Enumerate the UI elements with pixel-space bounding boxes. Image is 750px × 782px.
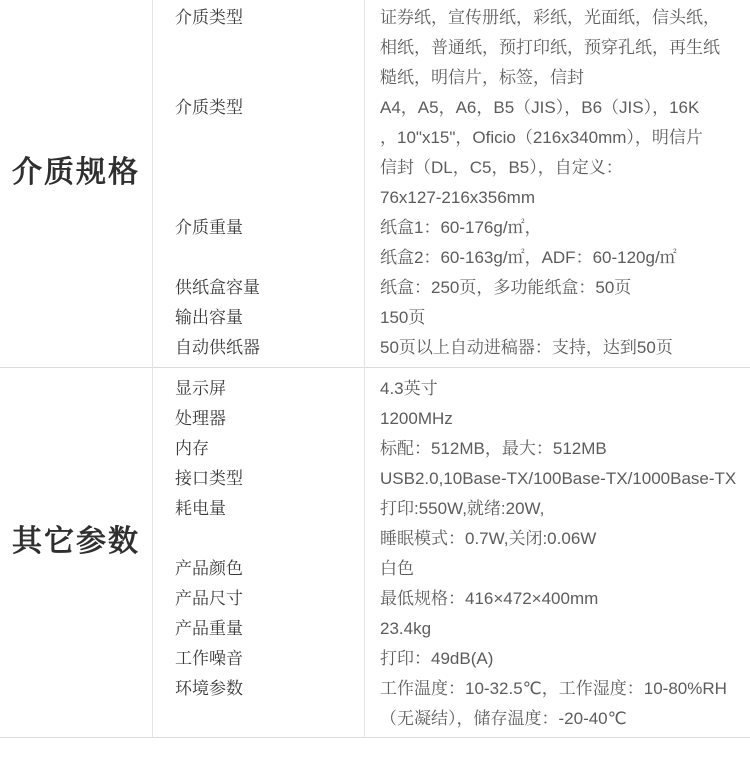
spec-label: 处理器 [152, 404, 364, 434]
section-title-other-params: 其它参数 [0, 368, 152, 737]
spec-value: 50页以上自动进稿器：支持，达到50页 [364, 333, 750, 363]
spec-label: 介质重量 [152, 213, 364, 243]
spec-table: 介质规格 介质类型 证券纸，宣传册纸，彩纸，光面纸，信头纸， 相纸，普通纸，预打… [0, 0, 750, 738]
spec-label: 供纸盒容量 [152, 273, 364, 303]
section-title-text: 介质规格 [12, 147, 140, 191]
table-row: 产品颜色 白色 [152, 554, 750, 584]
table-row: 介质重量 纸盒1：60-176g/㎡， 纸盒2：60-163g/㎡，ADF：60… [152, 213, 750, 273]
spec-label: 产品尺寸 [152, 584, 364, 614]
other-params-rows: 显示屏 4.3英寸 处理器 1200MHz 内存 标配：512MB，最大：512… [152, 368, 750, 737]
spec-value: 工作温度：10-32.5℃，工作湿度：10-80%RH （无凝结），储存温度：-… [364, 674, 750, 734]
table-row: 工作噪音 打印：49dB(A) [152, 644, 750, 674]
spec-label: 输出容量 [152, 303, 364, 333]
spec-value: 1200MHz [364, 404, 750, 434]
spec-value: 标配：512MB，最大：512MB [364, 434, 750, 464]
divider-vertical-1 [152, 0, 153, 738]
spec-value: 打印:550W,就绪:20W, 睡眠模式：0.7W,关闭:0.06W [364, 494, 750, 554]
media-spec-rows: 介质类型 证券纸，宣传册纸，彩纸，光面纸，信头纸， 相纸，普通纸，预打印纸，预穿… [152, 0, 750, 367]
table-row: 接口类型 USB2.0,10Base-TX/100Base-TX/1000Bas… [152, 464, 750, 494]
spec-value: 4.3英寸 [364, 374, 750, 404]
table-row: 供纸盒容量 纸盒：250页，多功能纸盒：50页 [152, 273, 750, 303]
table-row: 产品尺寸 最低规格：416×472×400mm [152, 584, 750, 614]
spec-label: 产品颜色 [152, 554, 364, 584]
spec-label: 环境参数 [152, 674, 364, 704]
spec-value: 纸盒1：60-176g/㎡， 纸盒2：60-163g/㎡，ADF：60-120g… [364, 213, 750, 273]
spec-value: USB2.0,10Base-TX/100Base-TX/1000Base-TX [364, 464, 750, 494]
table-row: 输出容量 150页 [152, 303, 750, 333]
table-row: 耗电量 打印:550W,就绪:20W, 睡眠模式：0.7W,关闭:0.06W [152, 494, 750, 554]
spec-label: 产品重量 [152, 614, 364, 644]
bottom-whitespace [0, 738, 750, 782]
table-row: 产品重量 23.4kg [152, 614, 750, 644]
spec-label: 工作噪音 [152, 644, 364, 674]
spec-label: 耗电量 [152, 494, 364, 524]
table-row: 环境参数 工作温度：10-32.5℃，工作湿度：10-80%RH （无凝结），储… [152, 674, 750, 734]
spec-label: 接口类型 [152, 464, 364, 494]
spec-label: 介质类型 [152, 3, 364, 33]
table-row: 自动供纸器 50页以上自动进稿器：支持，达到50页 [152, 333, 750, 363]
spec-label: 介质类型 [152, 93, 364, 123]
table-row: 显示屏 4.3英寸 [152, 374, 750, 404]
spec-value: 白色 [364, 554, 750, 584]
spec-value: A4，A5，A6，B5（JIS），B6（JIS），16K ，10"x15"，Of… [364, 93, 750, 213]
spec-value: 150页 [364, 303, 750, 333]
spec-value: 证券纸，宣传册纸，彩纸，光面纸，信头纸， 相纸，普通纸，预打印纸，预穿孔纸，再生… [364, 3, 750, 93]
spec-label: 显示屏 [152, 374, 364, 404]
spec-value: 纸盒：250页，多功能纸盒：50页 [364, 273, 750, 303]
section-title-media-spec: 介质规格 [0, 0, 152, 367]
spec-value: 23.4kg [364, 614, 750, 644]
section-title-text: 其它参数 [12, 516, 140, 560]
spec-label: 内存 [152, 434, 364, 464]
table-row: 处理器 1200MHz [152, 404, 750, 434]
other-params-section: 其它参数 显示屏 4.3英寸 处理器 1200MHz 内存 标配：512MB，最… [0, 368, 750, 738]
spec-label: 自动供纸器 [152, 333, 364, 363]
table-row: 介质类型 A4，A5，A6，B5（JIS），B6（JIS），16K ，10"x1… [152, 93, 750, 213]
media-spec-section: 介质规格 介质类型 证券纸，宣传册纸，彩纸，光面纸，信头纸， 相纸，普通纸，预打… [0, 0, 750, 368]
table-row: 内存 标配：512MB，最大：512MB [152, 434, 750, 464]
divider-vertical-2 [364, 0, 365, 738]
spec-value: 最低规格：416×472×400mm [364, 584, 750, 614]
table-row: 介质类型 证券纸，宣传册纸，彩纸，光面纸，信头纸， 相纸，普通纸，预打印纸，预穿… [152, 3, 750, 93]
spec-value: 打印：49dB(A) [364, 644, 750, 674]
